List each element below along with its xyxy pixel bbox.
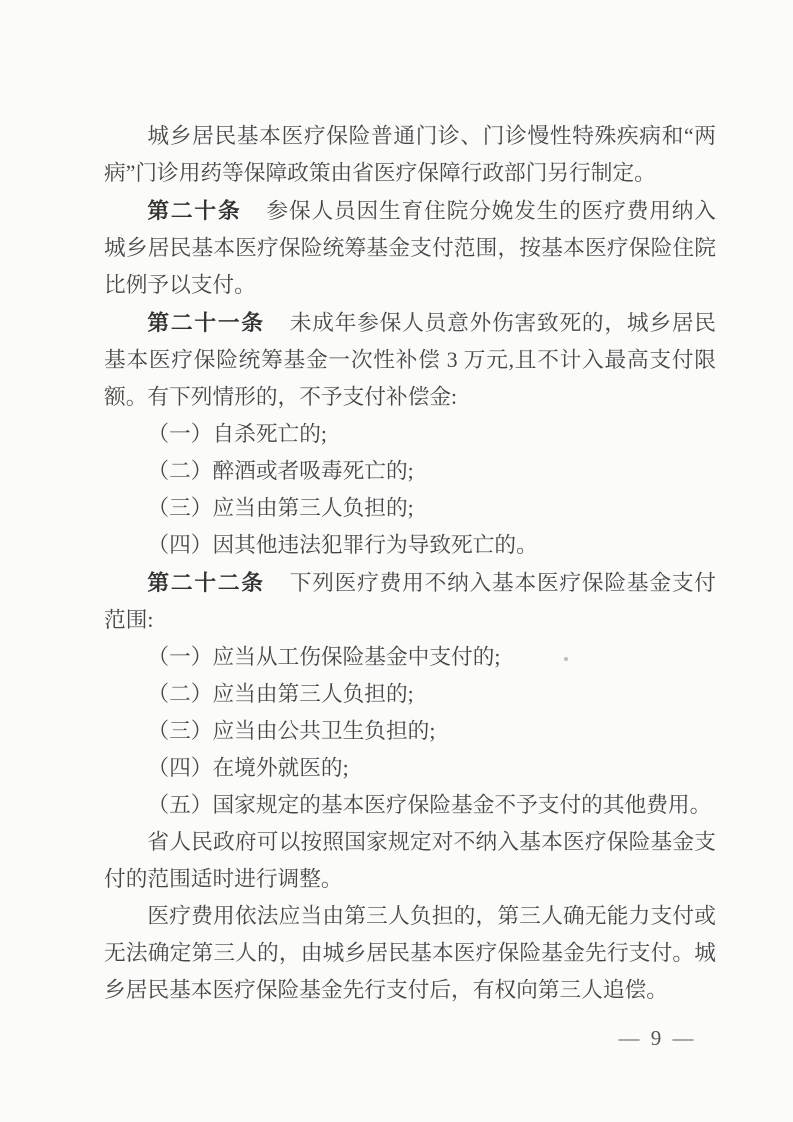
paragraph-text: （三）应当由公共卫生负担的; (147, 719, 435, 743)
article-number: 第二十二条 (147, 570, 264, 595)
paragraph-text: （二）应当由第三人负担的; (147, 682, 413, 706)
body-paragraph: 城乡居民基本医疗保险普通门诊、门诊慢性特殊疾病和“两病”门诊用药等保障政策由省医… (104, 118, 716, 192)
paragraph-text: （五）国家规定的基本医疗保险基金不予支付的其他费用。 (147, 793, 711, 817)
article-number: 第二十一条 (147, 310, 264, 335)
page-number: — 9 — (600, 1026, 715, 1051)
list-item: （四）因其他违法犯罪行为导致死亡的。 (104, 527, 716, 564)
list-item: （二）应当由第三人负担的; (104, 676, 716, 713)
article-number: 第二十条 (147, 198, 241, 223)
document-body: 城乡居民基本医疗保险普通门诊、门诊慢性特殊疾病和“两病”门诊用药等保障政策由省医… (104, 118, 716, 1009)
paragraph-text: （二）醉酒或者吸毒死亡的; (147, 459, 413, 483)
article-paragraph: 第二十二条下列医疗费用不纳入基本医疗保险基金支付范围: (104, 564, 716, 639)
list-item: （四）在境外就医的; (104, 750, 716, 787)
body-paragraph: 医疗费用依法应当由第三人负担的，第三人确无能力支付或无法确定第三人的，由城乡居民… (104, 898, 716, 1009)
body-paragraph: 省人民政府可以按照国家规定对不纳入基本医疗保险基金支付的范围适时进行调整。 (104, 824, 716, 898)
list-item: （三）应当由第三人负担的; (104, 490, 716, 527)
list-item: （三）应当由公共卫生负担的; (104, 713, 716, 750)
paragraph-text: （一）应当从工伤保险基金中支付的; (147, 645, 500, 669)
paragraph-text: （四）在境外就医的; (147, 756, 348, 780)
article-paragraph: 第二十条参保人员因生育住院分娩发生的医疗费用纳入城乡居民基本医疗保险统筹基金支付… (104, 192, 716, 304)
list-item: （二）醉酒或者吸毒死亡的; (104, 453, 716, 490)
list-item: （五）国家规定的基本医疗保险基金不予支付的其他费用。 (104, 787, 716, 824)
paragraph-text: （三）应当由第三人负担的; (147, 496, 413, 520)
paragraph-text: 城乡居民基本医疗保险普通门诊、门诊慢性特殊疾病和“两病”门诊用药等保障政策由省医… (104, 124, 716, 185)
list-item: （一）自杀死亡的; (104, 416, 716, 453)
scan-speckle (564, 657, 568, 661)
document-page: 城乡居民基本医疗保险普通门诊、门诊慢性特殊疾病和“两病”门诊用药等保障政策由省医… (0, 0, 793, 1122)
article-paragraph: 第二十一条未成年参保人员意外伤害致死的，城乡居民基本医疗保险统筹基金一次性补偿 … (104, 304, 716, 416)
paragraph-text: （四）因其他违法犯罪行为导致死亡的。 (147, 533, 537, 557)
list-item: （一）应当从工伤保险基金中支付的; (104, 639, 716, 676)
paragraph-text: 医疗费用依法应当由第三人负担的，第三人确无能力支付或无法确定第三人的，由城乡居民… (104, 904, 716, 1002)
paragraph-text: （一）自杀死亡的; (147, 422, 327, 446)
paragraph-text: 省人民政府可以按照国家规定对不纳入基本医疗保险基金支付的范围适时进行调整。 (104, 830, 716, 891)
